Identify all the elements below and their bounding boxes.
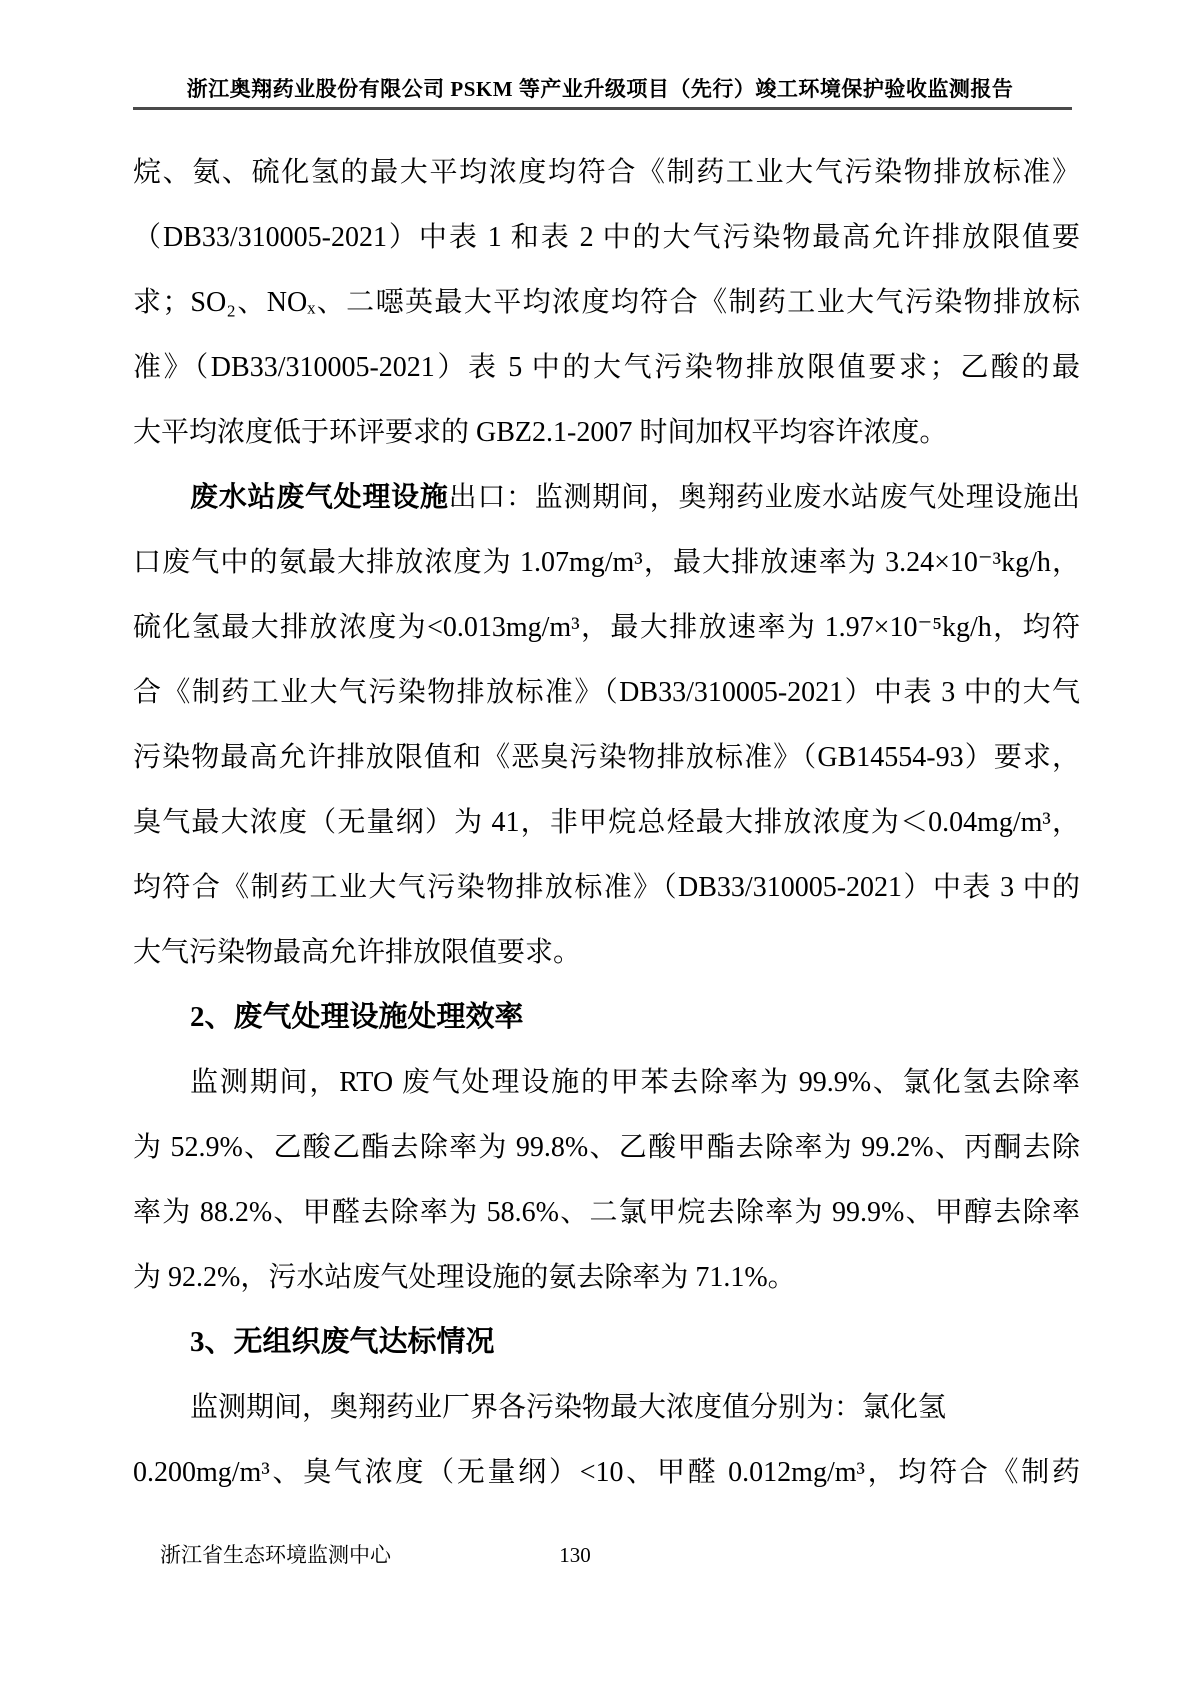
header-divider (133, 107, 1072, 110)
body-line: 监测期间，奥翔药业厂界各污染物最大浓度值分别为：氯化氢 (133, 1375, 1080, 1440)
paragraph-lead-rest: 出口：监测期间，奥翔药业废水站废气处理设施出 (449, 482, 1080, 513)
body-line: 硫化氢最大排放浓度为<0.013mg/m³，最大排放速率为 1.97×10⁻⁵k… (133, 595, 1080, 660)
body-line: 臭气最大浓度（无量纲）为 41，非甲烷总烃最大排放浓度为＜0.04mg/m³， (133, 790, 1080, 855)
page-footer: 130 浙江省生态环境监测中心 (0, 1540, 1190, 1570)
section-heading-3: 3、无组织废气达标情况 (133, 1310, 1080, 1375)
body-line: 均符合《制药工业大气污染物排放标准》（DB33/310005-2021）中表 3… (133, 855, 1080, 920)
paragraph-lead-line: 废水站废气处理设施出口：监测期间，奥翔药业废水站废气处理设施出 (133, 465, 1080, 530)
body-line: 准》（DB33/310005-2021）表 5 中的大气污染物排放限值要求；乙酸… (133, 335, 1080, 400)
body-line: 烷、氨、硫化氢的最大平均浓度均符合《制药工业大气污染物排放标准》 (133, 140, 1080, 205)
body-line: 为 92.2%，污水站废气处理设施的氨去除率为 71.1%。 (133, 1245, 1080, 1310)
body-line: 求；SO₂、NOₓ、二噁英最大平均浓度均符合《制药工业大气污染物排放标 (133, 270, 1080, 335)
body-line: 合《制药工业大气污染物排放标准》（DB33/310005-2021）中表 3 中… (133, 660, 1080, 725)
body-line: 口废气中的氨最大排放浓度为 1.07mg/m³，最大排放速率为 3.24×10⁻… (133, 530, 1080, 595)
document-page: 浙江奥翔药业股份有限公司 PSKM 等产业升级项目（先行）竣工环境保护验收监测报… (0, 0, 1190, 1683)
paragraph-lead-bold: 废水站废气处理设施 (190, 482, 449, 513)
page-header-title: 浙江奥翔药业股份有限公司 PSKM 等产业升级项目（先行）竣工环境保护验收监测报… (120, 74, 1080, 104)
section-heading-2: 2、废气处理设施处理效率 (133, 985, 1080, 1050)
body-line: 监测期间，RTO 废气处理设施的甲苯去除率为 99.9%、氯化氢去除率 (133, 1050, 1080, 1115)
body-line: （DB33/310005-2021）中表 1 和表 2 中的大气污染物最高允许排… (133, 205, 1080, 270)
body-line: 污染物最高允许排放限值和《恶臭污染物排放标准》（GB14554-93）要求， (133, 725, 1080, 790)
body-line: 率为 88.2%、甲醛去除率为 58.6%、二氯甲烷去除率为 99.9%、甲醇去… (133, 1180, 1080, 1245)
footer-organization: 浙江省生态环境监测中心 (160, 1540, 391, 1570)
body-line: 为 52.9%、乙酸乙酯去除率为 99.8%、乙酸甲酯去除率为 99.2%、丙酮… (133, 1115, 1080, 1180)
document-body: 烷、氨、硫化氢的最大平均浓度均符合《制药工业大气污染物排放标准》 （DB33/3… (133, 140, 1080, 1505)
body-line: 大平均浓度低于环评要求的 GBZ2.1-2007 时间加权平均容许浓度。 (133, 400, 1080, 465)
body-line: 0.200mg/m³、臭气浓度（无量纲）<10、甲醛 0.012mg/m³，均符… (133, 1440, 1080, 1505)
body-line: 大气污染物最高允许排放限值要求。 (133, 920, 1080, 985)
